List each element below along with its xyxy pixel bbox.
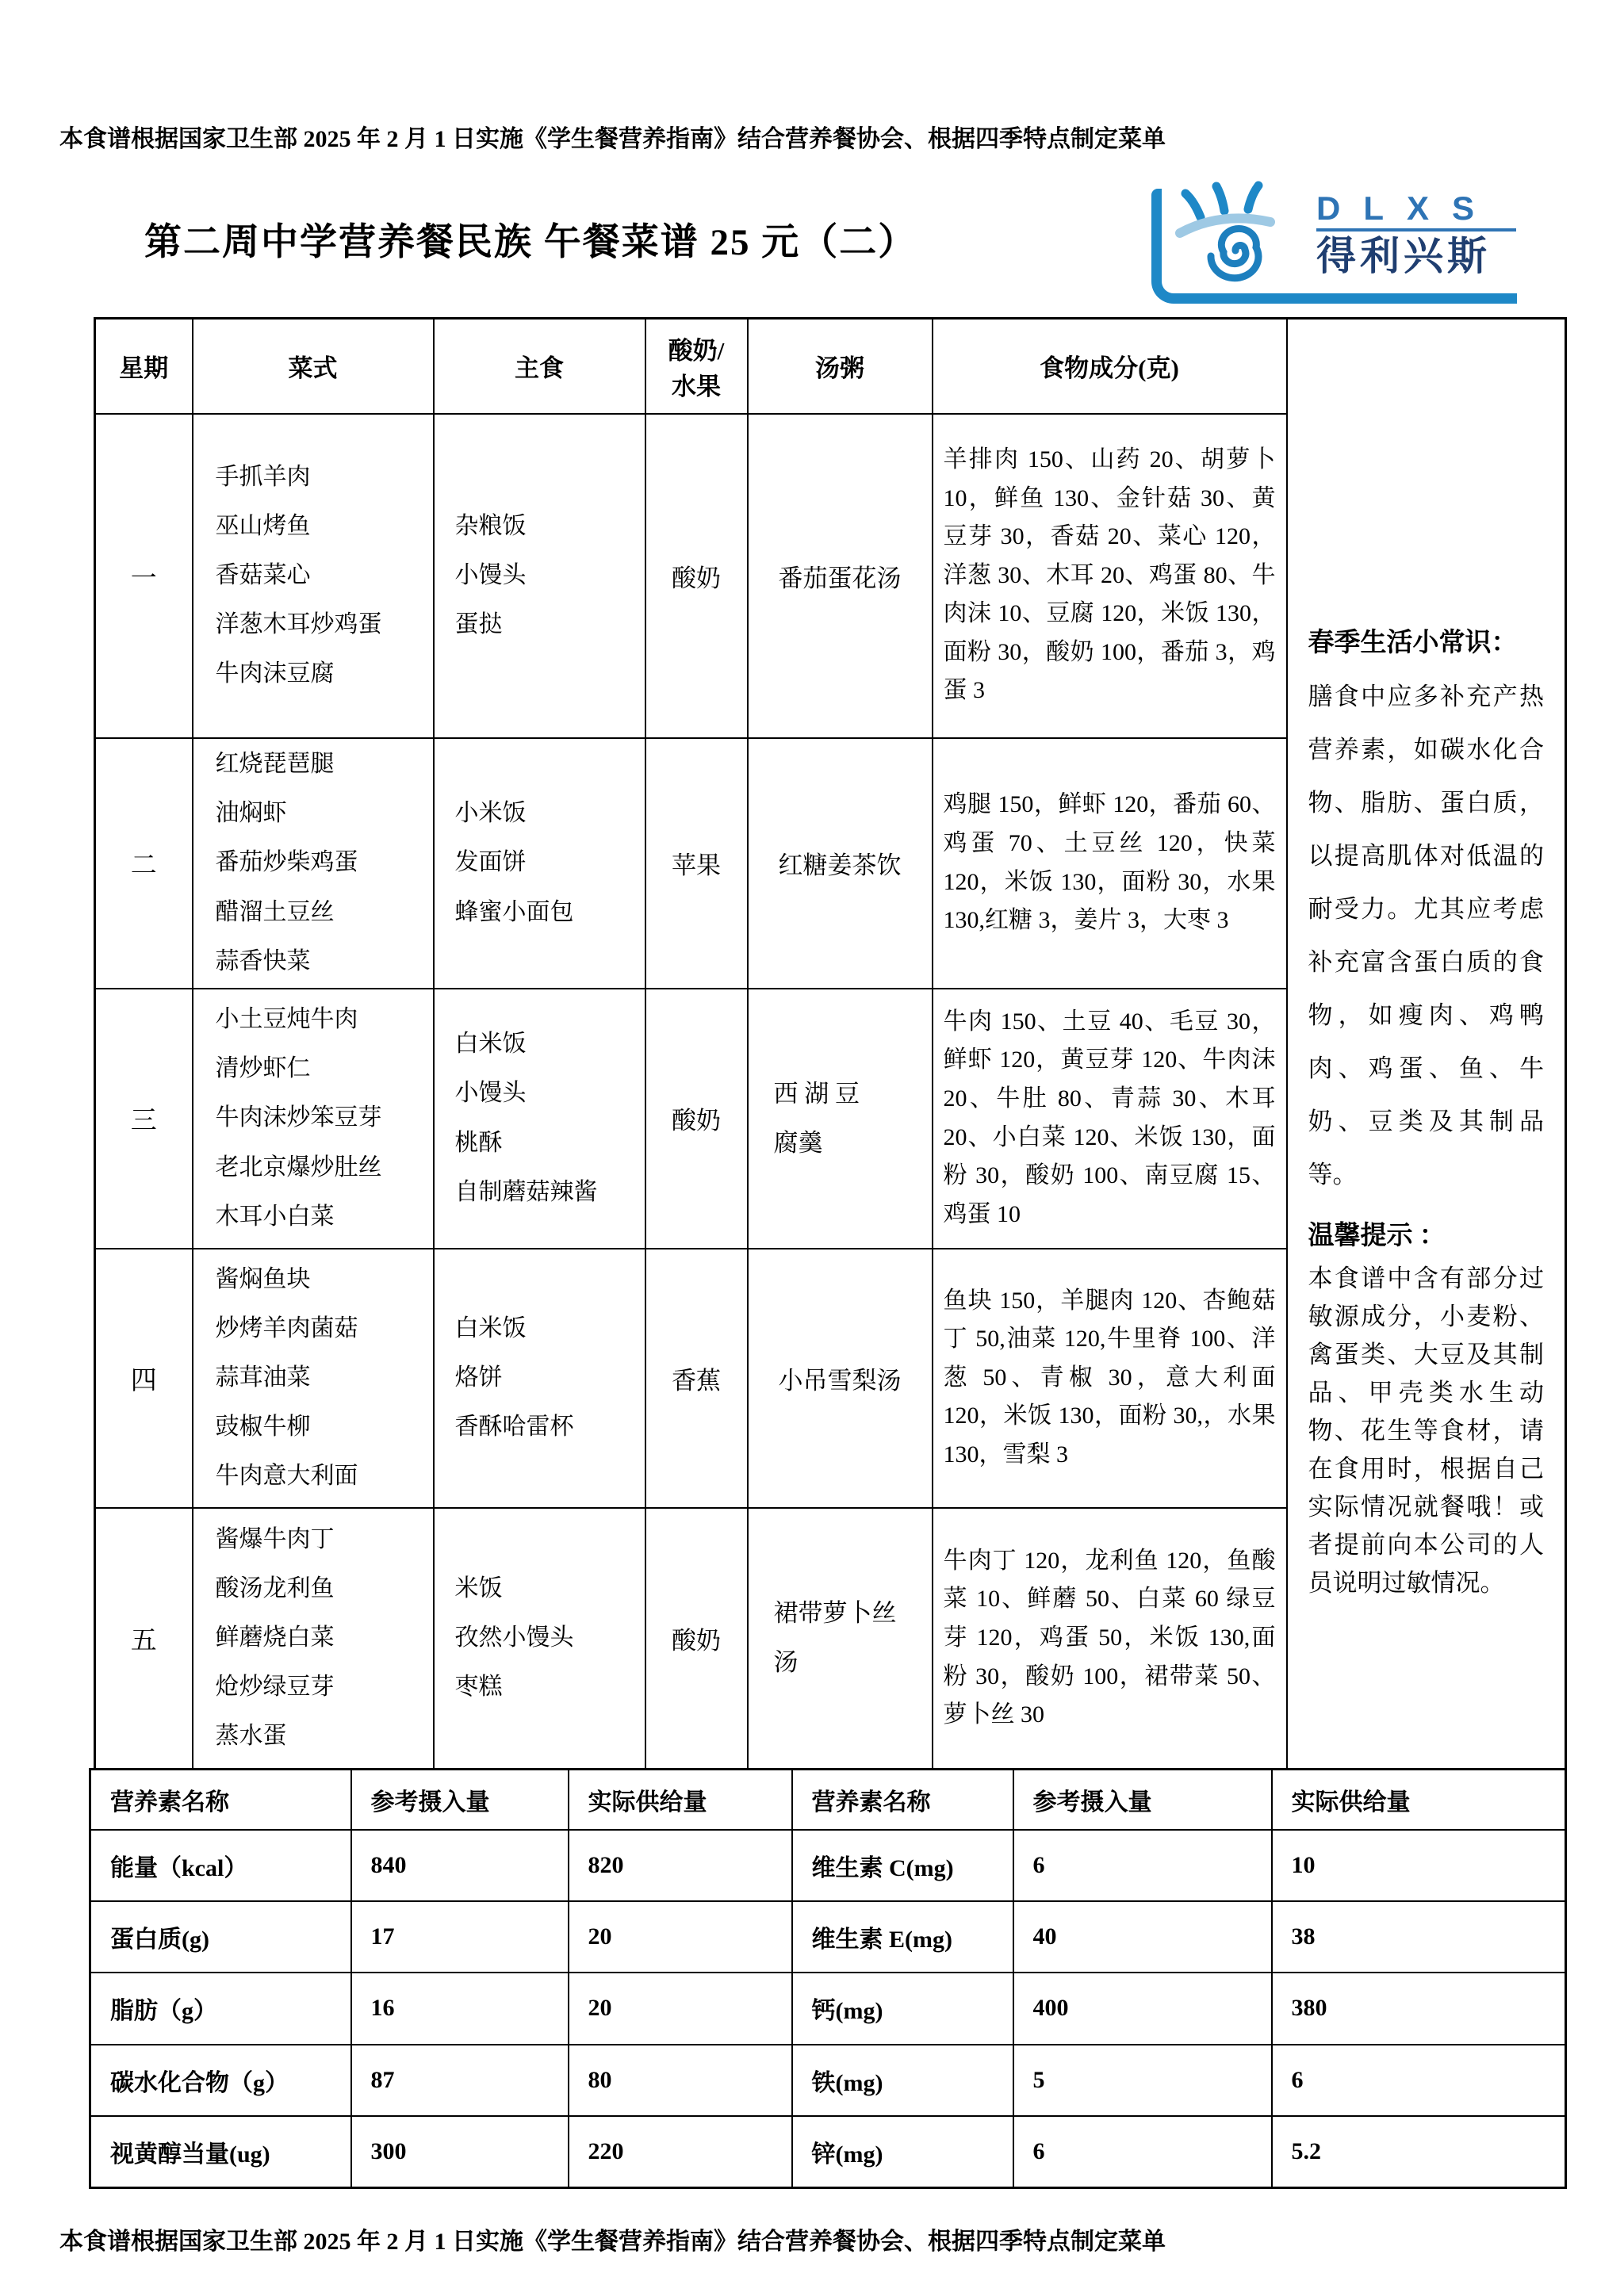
dishes-cell: 红烧琵琶腿 油焖虾 番茄炒柴鸡蛋 醋溜土豆丝 蒜香快菜 (193, 738, 434, 989)
nutrient-value: 40 (1013, 1901, 1272, 1973)
staple-cell: 杂粮饭 小馒头 蛋挞 (434, 414, 645, 738)
nutrient-label: 铁(mg) (792, 2045, 1013, 2116)
dishes-cell: 酱爆牛肉丁 酸汤龙利鱼 鲜蘑烧白菜 炝炒绿豆芽 蒸水蛋 (193, 1508, 434, 1770)
nutrition-row: 脂肪（g） 16 20 钙(mg) 400 380 (90, 1973, 1566, 2045)
yogurt-fruit-cell: 酸奶 (645, 1508, 748, 1770)
col-header-yogurt-fruit: 酸奶/ 水果 (645, 319, 748, 414)
composition-cell: 羊排肉 150、山药 20、胡萝卜 10，鲜鱼 130、金针菇 30、黄豆芽 3… (933, 414, 1287, 738)
nutrient-label: 蛋白质(g) (90, 1901, 351, 1973)
nutrient-name-header: 营养素名称 (792, 1770, 1013, 1830)
yogurt-fruit-cell: 香蕉 (645, 1249, 748, 1508)
spring-tips-title: 春季生活小常识： (1308, 617, 1545, 670)
nutrient-label: 锌(mg) (792, 2116, 1013, 2188)
nutrient-value: 5.2 (1272, 2116, 1566, 2188)
nutrient-label: 脂肪（g） (90, 1973, 351, 2045)
nutrient-value: 6 (1013, 1830, 1272, 1901)
eye-swirl-icon (1169, 181, 1312, 300)
nutrient-label: 钙(mg) (792, 1973, 1013, 2045)
bottom-note: 本食谱根据国家卫生部 2025 年 2 月 1 日实施《学生餐营养指南》结合营养… (59, 2221, 1566, 2256)
day-cell: 四 (95, 1249, 193, 1508)
nutrition-row: 能量（kcal） 840 820 维生素 C(mg) 6 10 (90, 1830, 1566, 1901)
page-title: 第二周中学营养餐民族 午餐菜谱 25 元（二） (144, 212, 917, 266)
nutrient-value: 16 (351, 1973, 569, 2045)
nutrient-value: 20 (569, 1901, 792, 1973)
company-logo: DLXS 得利兴斯 (1151, 181, 1526, 308)
nutrition-row: 蛋白质(g) 17 20 维生素 E(mg) 40 38 (90, 1901, 1566, 1973)
spring-tips-body: 膳食中应多补充产热营养素，如碳水化合物、脂肪、蛋白质，以提高肌体对低温的耐受力。… (1308, 670, 1545, 1201)
staple-cell: 白米饭 烙饼 香酥哈雷杯 (434, 1249, 645, 1508)
document-page: 本食谱根据国家卫生部 2025 年 2 月 1 日实施《学生餐营养指南》结合营养… (0, 0, 1624, 2296)
staple-cell: 米饭 孜然小馒头 枣糕 (434, 1508, 645, 1770)
col-header-composition: 食物成分(克) (933, 319, 1287, 414)
nutrient-label: 维生素 C(mg) (792, 1830, 1013, 1901)
top-note: 本食谱根据国家卫生部 2025 年 2 月 1 日实施《学生餐营养指南》结合营养… (59, 119, 1566, 154)
staple-cell: 小米饭 发面饼 蜂蜜小面包 (434, 738, 645, 989)
nutrient-label: 碳水化合物（g） (90, 2045, 351, 2116)
dishes-cell: 手抓羊肉 巫山烤鱼 香菇菜心 洋葱木耳炒鸡蛋 牛肉沫豆腐 (193, 414, 434, 738)
logo-name: 得利兴斯 (1316, 236, 1522, 276)
nutrition-header-row: 营养素名称 参考摄入量 实际供给量 营养素名称 参考摄入量 实际供给量 (90, 1770, 1566, 1830)
menu-table: 星期 菜式 主食 酸奶/ 水果 汤粥 食物成分(克) 春季生活小常识： 膳食中应… (94, 317, 1567, 1770)
nutrient-value: 20 (569, 1973, 792, 2045)
day-cell: 三 (95, 989, 193, 1249)
soup-cell: 裙带萝卜丝 汤 (748, 1508, 933, 1770)
soup-cell: 小吊雪梨汤 (748, 1249, 933, 1508)
logo-abbr: DLXS (1316, 192, 1522, 225)
nutrient-value: 17 (351, 1901, 569, 1973)
col-header-staple: 主食 (434, 319, 645, 414)
nutrient-value: 80 (569, 2045, 792, 2116)
nutrient-value: 87 (351, 2045, 569, 2116)
day-cell: 五 (95, 1508, 193, 1770)
soup-cell: 红糖姜茶饮 (748, 738, 933, 989)
day-cell: 二 (95, 738, 193, 989)
nutrition-row: 碳水化合物（g） 87 80 铁(mg) 5 6 (90, 2045, 1566, 2116)
dishes-cell: 酱焖鱼块 炒烤羊肉菌菇 蒜茸油菜 豉椒牛柳 牛肉意大利面 (193, 1249, 434, 1508)
nutrient-value: 5 (1013, 2045, 1272, 2116)
nutrient-value: 840 (351, 1830, 569, 1901)
soup-cell: 番茄蛋花汤 (748, 414, 933, 738)
nutrient-value: 820 (569, 1830, 792, 1901)
actual-supply-header: 实际供给量 (569, 1770, 792, 1830)
nutrient-value: 6 (1272, 2045, 1566, 2116)
logo-text: DLXS 得利兴斯 (1316, 192, 1522, 276)
nutrient-value: 300 (351, 2116, 569, 2188)
nutrient-name-header: 营养素名称 (90, 1770, 351, 1830)
day-cell: 一 (95, 414, 193, 738)
reference-intake-header: 参考摄入量 (351, 1770, 569, 1830)
nutrient-value: 38 (1272, 1901, 1566, 1973)
nutrition-table: 营养素名称 参考摄入量 实际供给量 营养素名称 参考摄入量 实际供给量 能量（k… (89, 1768, 1567, 2189)
nutrient-value: 10 (1272, 1830, 1566, 1901)
composition-cell: 牛肉丁 120，龙利鱼 120，鱼酸菜 10、鲜蘑 50、白菜 60 绿豆芽 1… (933, 1508, 1287, 1770)
allergy-notice-title: 温馨提示 ： (1308, 1212, 1545, 1260)
nutrient-label: 能量（kcal） (90, 1830, 351, 1901)
nutrient-value: 220 (569, 2116, 792, 2188)
allergy-notice-body: 本食谱中含有部分过敏源成分，小麦粉、禽蛋类、大豆及其制品、甲壳类水生动物、花生等… (1308, 1260, 1545, 1602)
nutrition-row: 视黄醇当量(ug) 300 220 锌(mg) 6 5.2 (90, 2116, 1566, 2188)
logo-underline (1316, 228, 1516, 232)
composition-cell: 鸡腿 150，鲜虾 120，番茄 60、鸡蛋 70、土豆丝 120，快菜 120… (933, 738, 1287, 989)
composition-cell: 牛肉 150、土豆 40、毛豆 30，鲜虾 120，黄豆芽 120、牛肉沫 20… (933, 989, 1287, 1249)
staple-cell: 白米饭 小馒头 桃酥 自制蘑菇辣酱 (434, 989, 645, 1249)
nutrient-value: 380 (1272, 1973, 1566, 2045)
reference-intake-header: 参考摄入量 (1013, 1770, 1272, 1830)
nutrient-label: 视黄醇当量(ug) (90, 2116, 351, 2188)
nutrient-value: 6 (1013, 2116, 1272, 2188)
sidebar-notes-cell: 春季生活小常识： 膳食中应多补充产热营养素，如碳水化合物、脂肪、蛋白质，以提高肌… (1287, 319, 1566, 1770)
col-header-soup: 汤粥 (748, 319, 933, 414)
nutrient-value: 400 (1013, 1973, 1272, 2045)
yogurt-fruit-cell: 酸奶 (645, 414, 748, 738)
dishes-cell: 小土豆炖牛肉 清炒虾仁 牛肉沫炒笨豆芽 老北京爆炒肚丝 木耳小白菜 (193, 989, 434, 1249)
col-header-day: 星期 (95, 319, 193, 414)
yogurt-fruit-cell: 酸奶 (645, 989, 748, 1249)
soup-cell: 西 湖 豆 腐羹 (748, 989, 933, 1249)
actual-supply-header: 实际供给量 (1272, 1770, 1566, 1830)
composition-cell: 鱼块 150，羊腿肉 120、杏鲍菇丁 50,油菜 120,牛里脊 100、洋葱… (933, 1249, 1287, 1508)
nutrient-label: 维生素 E(mg) (792, 1901, 1013, 1973)
yogurt-fruit-cell: 苹果 (645, 738, 748, 989)
col-header-dishes: 菜式 (193, 319, 434, 414)
